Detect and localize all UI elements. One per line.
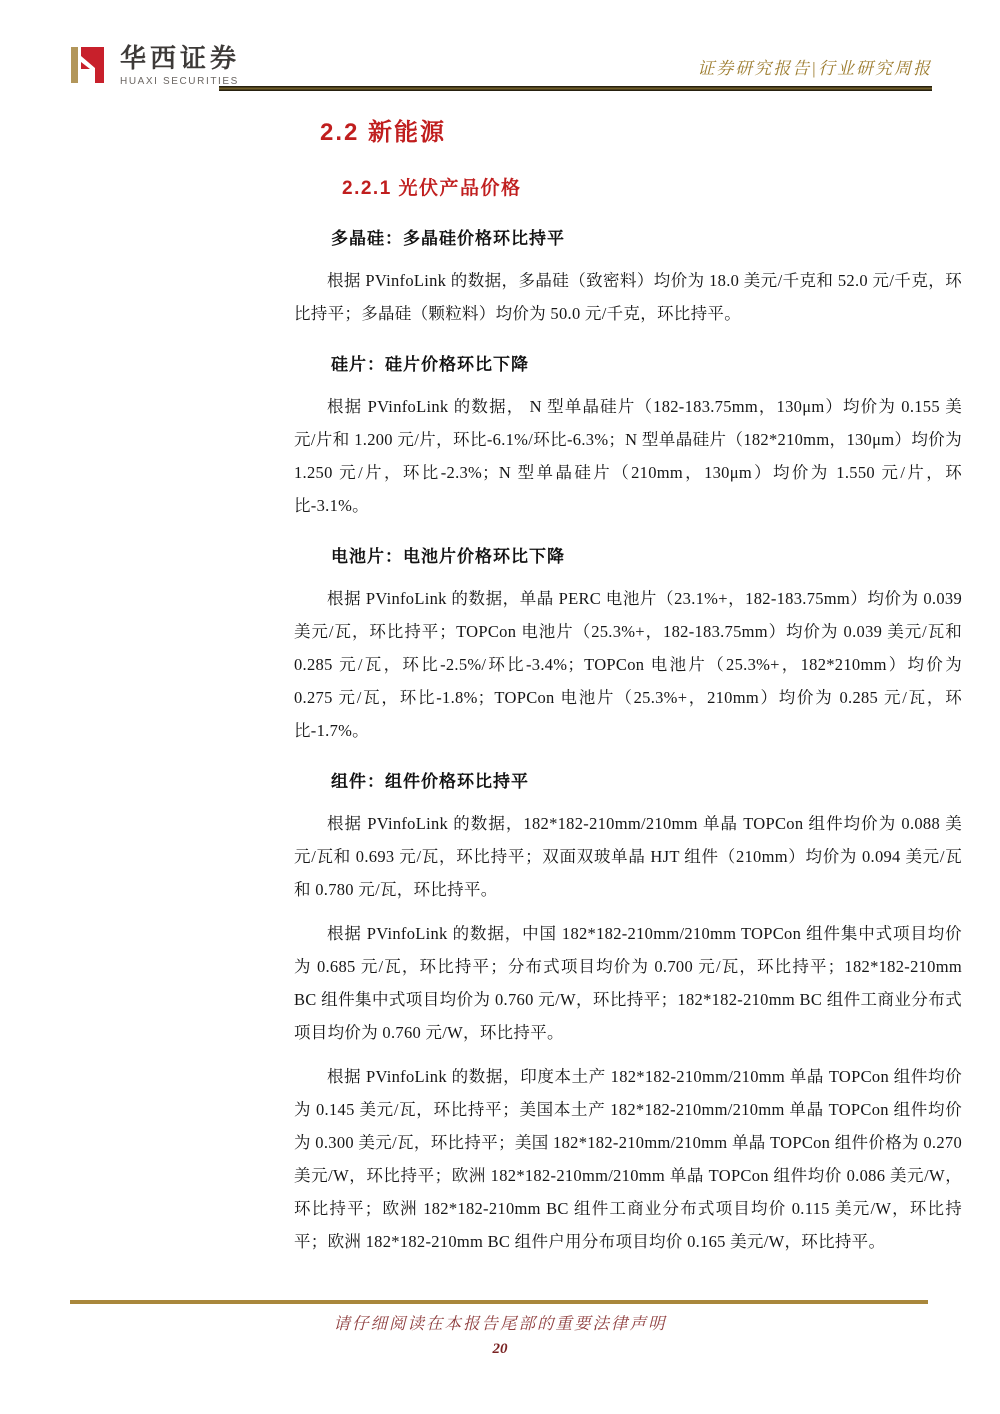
body-paragraph: 根据 PVinfoLink 的数据，印度本土产 182*182-210mm/21…	[294, 1060, 962, 1258]
block-module: 组件：组件价格环比持平 根据 PVinfoLink 的数据，182*182-21…	[294, 767, 962, 1258]
report-type-label: 证券研究报告|行业研究周报	[697, 54, 932, 79]
report-page: 华西证券 HUAXI SECURITIES 证券研究报告|行业研究周报 2.2 …	[0, 0, 1000, 1414]
logo-text-block: 华西证券 HUAXI SECURITIES	[120, 44, 240, 87]
body-paragraph: 根据 PVinfoLink 的数据，182*182-210mm/210mm 单晶…	[294, 807, 962, 906]
subsection-title: 2.2.1 光伏产品价格	[342, 173, 962, 200]
huaxi-logo: 华西证券 HUAXI SECURITIES	[70, 44, 240, 87]
block-wafer: 硅片：硅片价格环比下降 根据 PVinfoLink 的数据， N 型单晶硅片（1…	[294, 350, 962, 522]
paragraph-heading: 组件：组件价格环比持平	[331, 767, 962, 792]
body-paragraph: 根据 PVinfoLink 的数据，多晶硅（致密料）均价为 18.0 美元/千克…	[294, 264, 962, 330]
paragraph-heading: 硅片：硅片价格环比下降	[331, 350, 962, 375]
legal-disclaimer: 请仔细阅读在本报告尾部的重要法律声明	[0, 1310, 1000, 1334]
paragraph-heading: 电池片：电池片价格环比下降	[331, 542, 962, 567]
body-paragraph: 根据 PVinfoLink 的数据， N 型单晶硅片（182-183.75mm，…	[294, 390, 962, 522]
document-body: 2.2 新能源 2.2.1 光伏产品价格 多晶硅：多晶硅价格环比持平 根据 PV…	[294, 112, 962, 1269]
header-divider	[219, 86, 932, 91]
body-paragraph: 根据 PVinfoLink 的数据，中国 182*182-210mm/210mm…	[294, 917, 962, 1049]
block-cell: 电池片：电池片价格环比下降 根据 PVinfoLink 的数据，单晶 PERC …	[294, 542, 962, 747]
body-paragraph: 根据 PVinfoLink 的数据，单晶 PERC 电池片（23.1%+，182…	[294, 582, 962, 747]
page-number: 20	[0, 1341, 1000, 1358]
huaxi-logo-icon	[70, 44, 110, 86]
block-polysilicon: 多晶硅：多晶硅价格环比持平 根据 PVinfoLink 的数据，多晶硅（致密料）…	[294, 224, 962, 330]
brand-name-cn: 华西证券	[120, 46, 240, 72]
paragraph-heading: 多晶硅：多晶硅价格环比持平	[331, 224, 962, 249]
footer-divider	[70, 1300, 928, 1304]
page-header: 华西证券 HUAXI SECURITIES 证券研究报告|行业研究周报	[0, 0, 1000, 100]
section-title: 2.2 新能源	[320, 112, 962, 147]
